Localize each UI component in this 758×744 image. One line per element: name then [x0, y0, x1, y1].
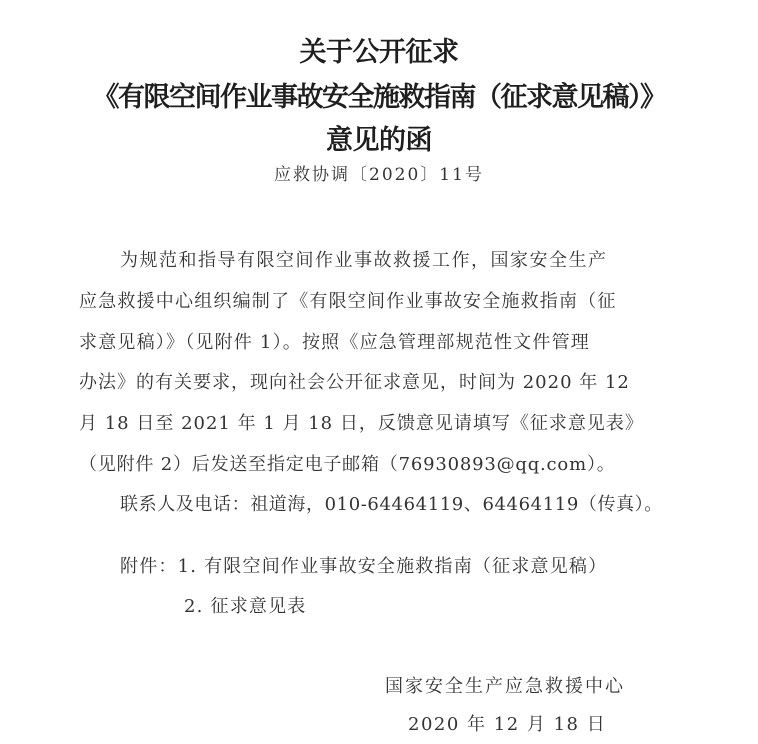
body-line: 应急救援中心组织编制了《有限空间作业事故安全施救指南（征 — [79, 287, 617, 313]
body-line: 为规范和指导有限空间作业事故救援工作，国家安全生产 — [120, 246, 608, 272]
signature-date: 2020 年 12 月 18 日 — [408, 710, 606, 736]
title-line-3: 意见的函 — [0, 118, 758, 157]
signature-organization: 国家安全生产应急救援中心 — [385, 672, 625, 698]
title-line-1: 关于公开征求 — [0, 30, 758, 69]
attachment-item-2: 2. 征求意见表 — [184, 592, 307, 618]
body-line-email: （见附件 2）后发送至指定电子邮箱（76930893@qq.com）。 — [79, 450, 616, 476]
document-number: 应救协调〔2020〕11号 — [0, 160, 758, 185]
body-line: 月 18 日至 2021 年 1 月 18 日，反馈意见请填写《征求意见表》 — [79, 409, 644, 435]
body-line: 办法》的有关要求，现向社会公开征求意见，时间为 2020 年 12 — [79, 368, 630, 394]
contact-line: 联系人及电话：祖道海，010-64464119、64464119（传真）。 — [120, 490, 663, 516]
attachment-item-1: 附件：1. 有限空间作业事故安全施救指南（征求意见稿） — [120, 552, 607, 578]
title-line-2: 《有限空间作业事故安全施救指南（征求意见稿）》 — [0, 75, 758, 114]
body-line: 求意见稿）》（见附件 1）。按照《应急管理部规范性文件管理 — [79, 328, 590, 354]
